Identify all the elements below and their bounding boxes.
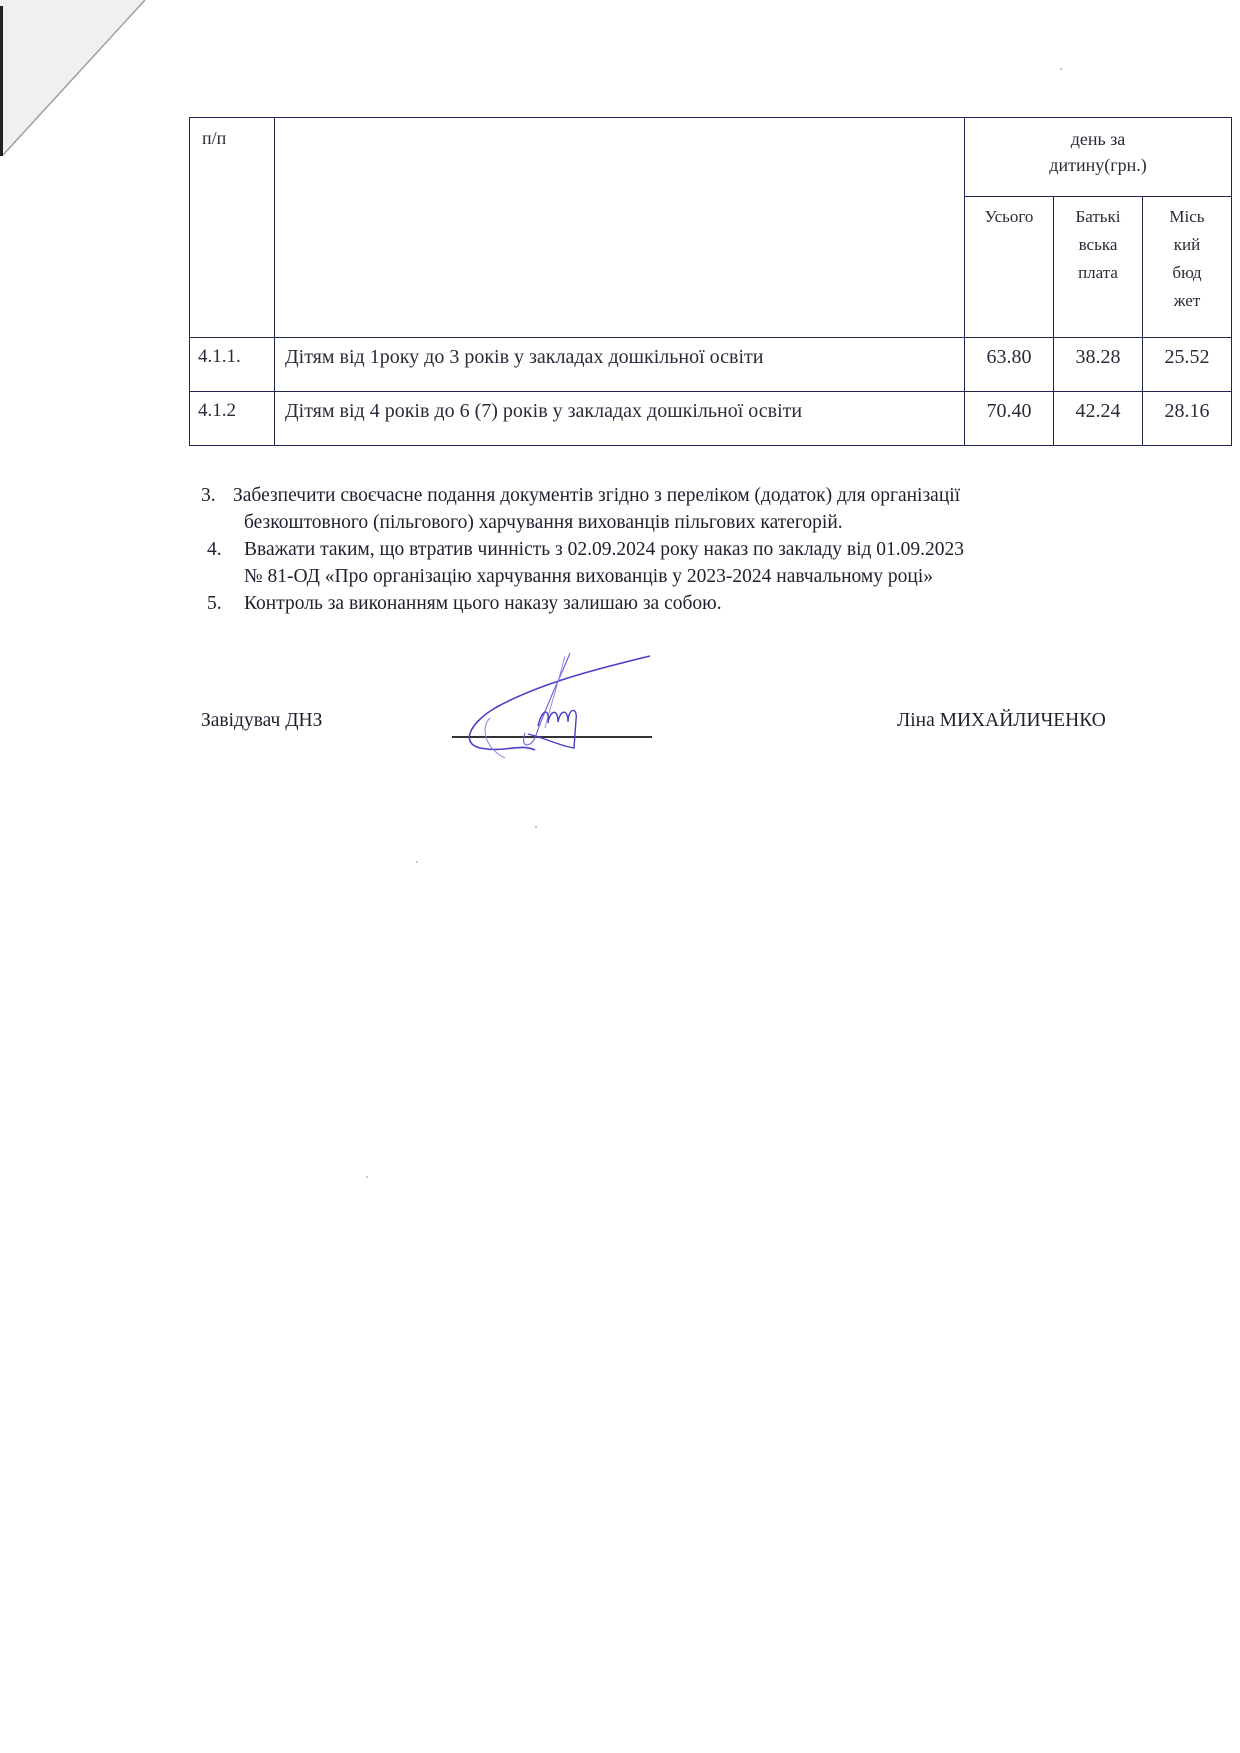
handwritten-signature	[450, 648, 660, 758]
header-description	[275, 118, 965, 338]
header-total-text: Усього	[965, 203, 1053, 231]
row-total: 70.40	[965, 392, 1054, 446]
item-3-number: 3.	[201, 482, 216, 509]
header-group-line1: день за	[965, 126, 1231, 152]
signer-name: Ліна МИХАЙЛИЧЕНКО	[897, 710, 1106, 732]
row-description: Дітям від 4 років до 6 (7) років у закла…	[275, 392, 965, 446]
header-city-budget-l4: жет	[1143, 287, 1231, 315]
item-3-line1: Забезпечити своєчасне подання документів…	[233, 482, 960, 509]
row-total: 63.80	[965, 338, 1054, 392]
header-parent-fee: Батькі вська плата	[1054, 197, 1143, 338]
scan-speck	[366, 1176, 368, 1178]
item-5-line1: Контроль за виконанням цього наказу зали…	[244, 590, 722, 617]
item-4-line1: Вважати таким, що втратив чинність з 02.…	[244, 536, 964, 563]
item-4-line2: № 81-ОД «Про організацію харчування вихо…	[244, 563, 933, 590]
table-row: 4.1.2 Дітям від 4 років до 6 (7) років у…	[190, 392, 1232, 446]
header-group-line2: дитину(грн.)	[965, 152, 1231, 178]
row-city-budget: 28.16	[1143, 392, 1232, 446]
row-description: Дітям від 1року до 3 років у закладах до…	[275, 338, 965, 392]
header-city-budget-l2: кий	[1143, 231, 1231, 259]
folded-corner	[0, 0, 150, 160]
scan-speck	[1060, 68, 1062, 70]
scan-speck	[535, 826, 537, 828]
header-parent-fee-l1: Батькі	[1054, 203, 1142, 231]
row-number: 4.1.2	[190, 392, 275, 446]
header-parent-fee-l3: плата	[1054, 259, 1142, 287]
row-parent-fee: 42.24	[1054, 392, 1143, 446]
header-city-budget-l3: бюд	[1143, 259, 1231, 287]
table-row: 4.1.1. Дітям від 1року до 3 років у закл…	[190, 338, 1232, 392]
header-total: Усього	[965, 197, 1054, 338]
scan-speck	[416, 861, 418, 863]
signer-title: Завідувач ДНЗ	[201, 710, 322, 732]
item-3-line2: безкоштовного (пільгового) харчування ви…	[244, 509, 843, 536]
header-city-budget-l1: Місь	[1143, 203, 1231, 231]
item-4-number: 4.	[207, 536, 222, 563]
row-parent-fee: 38.28	[1054, 338, 1143, 392]
row-number: 4.1.1.	[190, 338, 275, 392]
meal-cost-table: п/п день за дитину(грн.) Усього Батькі в…	[189, 117, 1232, 446]
item-5-number: 5.	[207, 590, 222, 617]
header-number: п/п	[190, 118, 275, 338]
header-per-day-group: день за дитину(грн.)	[965, 118, 1232, 197]
header-parent-fee-l2: вська	[1054, 231, 1142, 259]
row-city-budget: 25.52	[1143, 338, 1232, 392]
header-city-budget: Місь кий бюд жет	[1143, 197, 1232, 338]
